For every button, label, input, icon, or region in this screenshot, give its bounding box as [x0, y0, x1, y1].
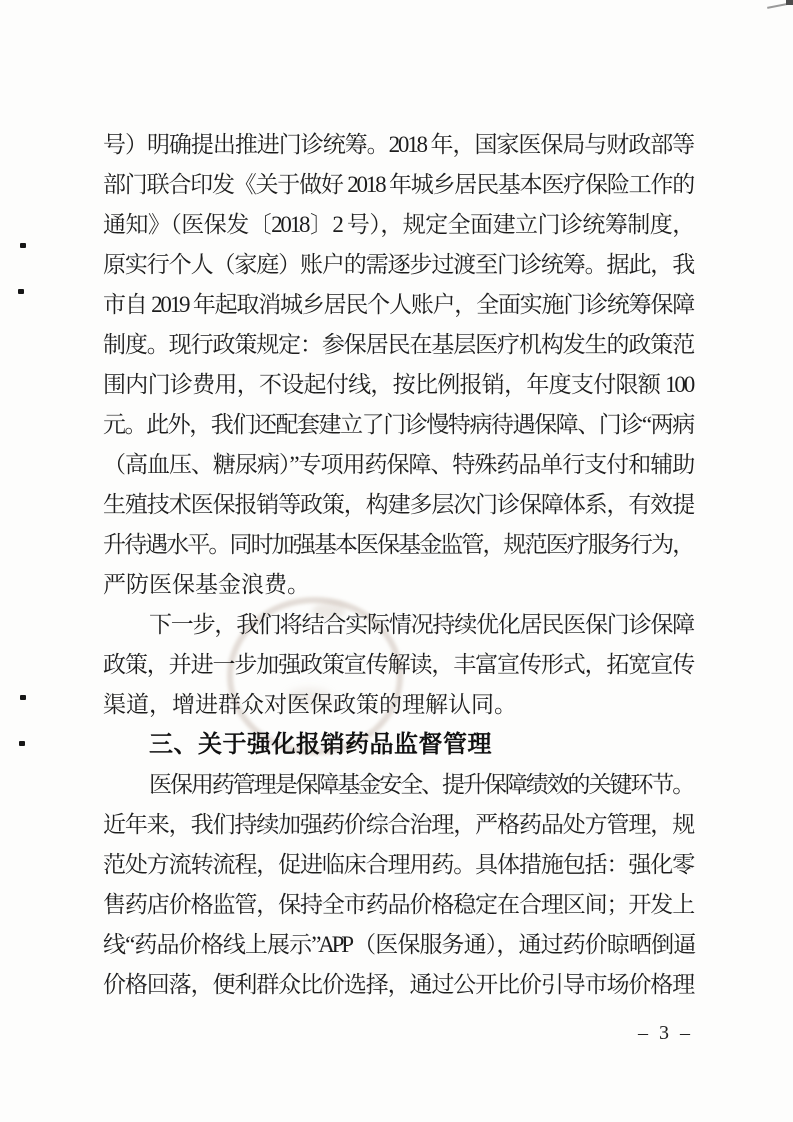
text-line: 范处方流转流程，促进临床合理用药。具体措施包括：强化零: [103, 845, 693, 885]
page-number: – 3 –: [103, 1022, 693, 1045]
document-body: 号）明确提出推进门诊统筹。2018 年，国家医保局与财政部等部门联合印发《关于做…: [103, 125, 693, 1005]
text-line: 渠道，增进群众对医保政策的理解认同。: [103, 685, 693, 725]
text-line: 原实行个人（家庭）账户的需逐步过渡至门诊统筹。据此，我: [103, 245, 693, 285]
text-line: 围内门诊费用，不设起付线，按比例报销，年度支付限额 100: [103, 365, 693, 405]
text-line: 号）明确提出推进门诊统筹。2018 年，国家医保局与财政部等: [103, 125, 693, 165]
text-line: 升待遇水平。同时加强基本医保基金监管，规范医疗服务行为，: [103, 525, 693, 565]
text-line: 通知》（医保发〔2018〕2 号），规定全面建立门诊统筹制度，: [103, 205, 693, 245]
document-page: 号）明确提出推进门诊统筹。2018 年，国家医保局与财政部等部门联合印发《关于做…: [0, 0, 793, 1122]
text-line: 近年来，我们持续加强药价综合治理，严格药品处方管理，规: [103, 805, 693, 845]
text-line: 线“药品价格线上展示”APP（医保服务通），通过药价晾晒倒逼: [103, 925, 693, 965]
text-line: 部门联合印发《关于做好 2018 年城乡居民基本医疗保险工作的: [103, 165, 693, 205]
text-line: 售药店价格监管，保持全市药品价格稳定在合理区间；开发上: [103, 885, 693, 925]
binding-mark: [19, 741, 25, 746]
binding-mark: [20, 243, 26, 248]
binding-mark: [18, 289, 24, 294]
text-line: 元。此外，我们还配套建立了门诊慢特病待遇保障、门诊“两病: [103, 405, 693, 445]
text-line: 生殖技术医保报销等政策，构建多层次门诊保障体系，有效提: [103, 485, 693, 525]
scan-corner-artifact: [786, 0, 793, 5]
text-line: 市自 2019 年起取消城乡居民个人账户，全面实施门诊统筹保障: [103, 285, 693, 325]
text-line: 政策，并进一步加强政策宣传解读，丰富宣传形式，拓宽宣传: [103, 645, 693, 685]
text-line: 价格回落，便利群众比价选择，通过公开比价引导市场价格理: [103, 965, 693, 1005]
binding-mark: [20, 695, 26, 700]
text-line: 下一步，我们将结合实际情况持续优化居民医保门诊保障: [103, 605, 693, 645]
text-line: 制度。现行政策规定：参保居民在基层医疗机构发生的政策范: [103, 325, 693, 365]
section-heading: 三、关于强化报销药品监督管理: [103, 725, 693, 765]
text-line: 医保用药管理是保障基金安全、提升保障绩效的关键环节。: [103, 765, 693, 805]
text-line: 严防医保基金浪费。: [103, 565, 693, 605]
text-line: （高血压、糖尿病）”专项用药保障、特殊药品单行支付和辅助: [103, 445, 693, 485]
